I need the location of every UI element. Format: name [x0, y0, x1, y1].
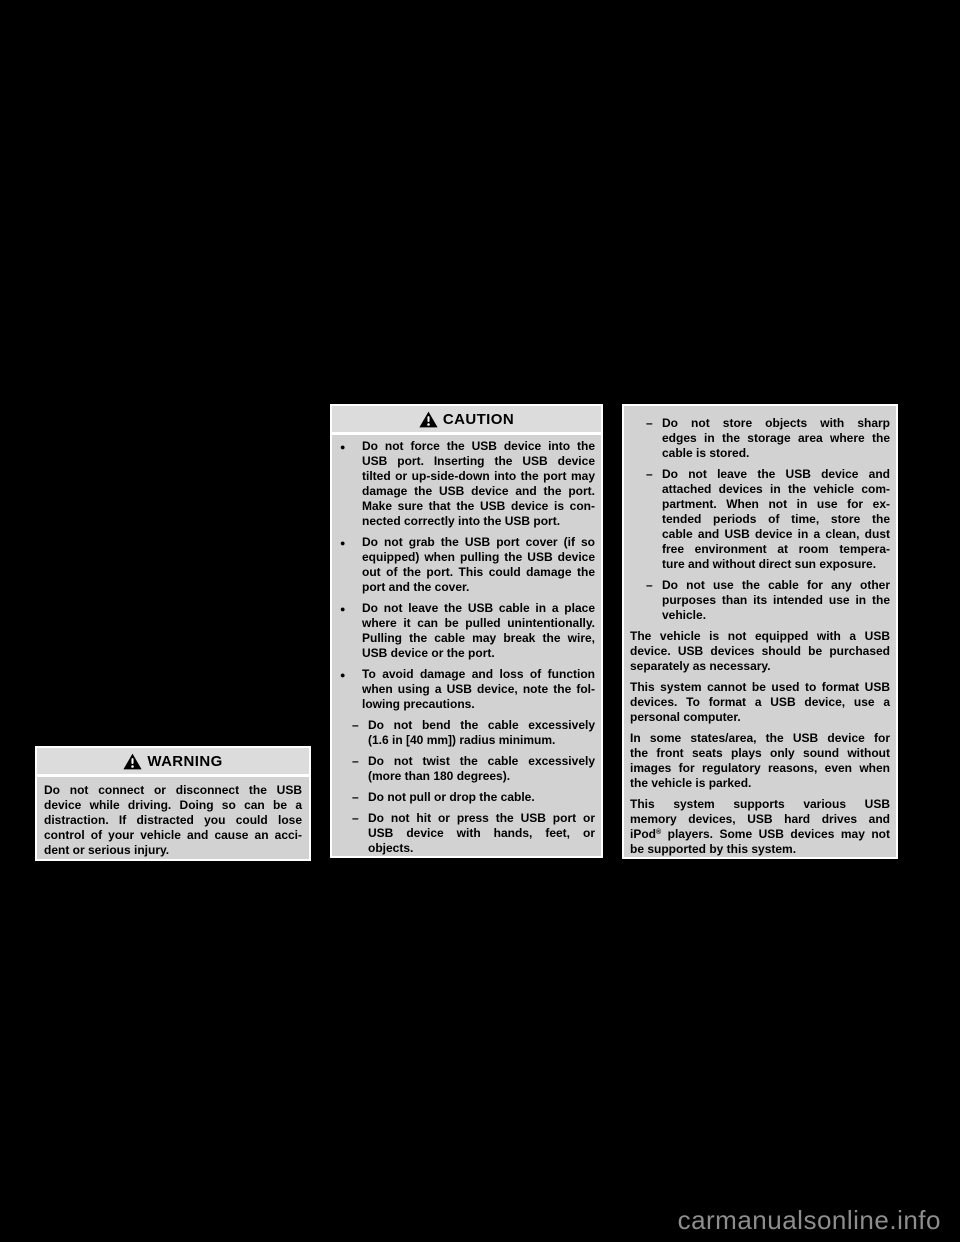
- warning-box: WARNING Do not connect or disconnect the…: [35, 746, 311, 861]
- text-line: Do not store objects with sharp: [662, 416, 890, 431]
- list-item: –Do not pull or drop the cable.: [352, 790, 595, 805]
- text-line: the vehicle is parked.: [630, 776, 890, 791]
- text-line: tended periods of time, store the: [662, 512, 890, 527]
- text-line: Do not grab the USB port cover (if so: [362, 535, 595, 550]
- bullet-marker: ●: [340, 601, 362, 661]
- text-line: out of the port. This could damage the: [362, 565, 595, 580]
- text-line: equipped) when pulling the USB device: [362, 550, 595, 565]
- text-line: devices. To format a USB device, use a: [630, 695, 890, 710]
- text-line: This system supports various USB: [630, 797, 890, 812]
- warning-header: WARNING: [37, 748, 309, 774]
- dash-marker: –: [646, 578, 662, 623]
- text-line: USB device with hands, feet, or: [368, 826, 595, 841]
- text-line: Do not leave the USB device and: [662, 467, 890, 482]
- list-item: ●Do not grab the USB port cover (if soeq…: [340, 535, 595, 595]
- text-line: cable is stored.: [662, 446, 890, 461]
- text-line: Do not force the USB device into the: [362, 439, 595, 454]
- text-line: lowing precautions.: [362, 697, 595, 712]
- item-lines: Do not force the USB device into theUSB …: [362, 439, 595, 529]
- text-line: device. USB devices should be purchased: [630, 644, 890, 659]
- text-line: iPod® players. Some USB devices may not: [630, 827, 890, 842]
- text-line: ture and without direct sun exposure.: [662, 557, 890, 572]
- list-item: This system cannot be used to format USB…: [630, 680, 890, 725]
- item-lines: The vehicle is not equipped with a USBde…: [630, 629, 890, 674]
- caution-title: CAUTION: [443, 411, 514, 428]
- text-line: partment. When not in use for ex-: [662, 497, 890, 512]
- warning-title: WARNING: [147, 753, 222, 770]
- dash-marker: –: [352, 718, 368, 748]
- text-line: be supported by this system.: [630, 842, 890, 857]
- text-line: In some states/area, the USB device for: [630, 731, 890, 746]
- text-line: cable and USB device in a clean, dust: [662, 527, 890, 542]
- caution-triangle-icon: [419, 411, 438, 428]
- text-line: control of your vehicle and cause an acc…: [44, 828, 302, 843]
- bullet-marker: ●: [340, 439, 362, 529]
- text-line: damage the USB device and the port.: [362, 484, 595, 499]
- bullet-marker: ●: [340, 535, 362, 595]
- text-line: Pulling the cable may break the wire,: [362, 631, 595, 646]
- text-line: the front seats plays only sound without: [630, 746, 890, 761]
- text-line: Do not connect or disconnect the USB: [44, 783, 302, 798]
- item-lines: Do not store objects with sharpedges in …: [662, 416, 890, 461]
- item-lines: Do not leave the USB cable in a placewhe…: [362, 601, 595, 661]
- bullet-marker: ●: [340, 667, 362, 712]
- text-line: personal computer.: [630, 710, 890, 725]
- text-line: nected correctly into the USB port.: [362, 514, 595, 529]
- dash-marker: –: [352, 790, 368, 805]
- manual-page: WARNING Do not connect or disconnect the…: [0, 0, 960, 1242]
- text-line: vehicle.: [662, 608, 890, 623]
- warning-body: Do not connect or disconnect the USBdevi…: [37, 777, 309, 859]
- text-line: (1.6 in [40 mm]) radius minimum.: [368, 733, 595, 748]
- list-item: –Do not store objects with sharpedges in…: [646, 416, 890, 461]
- list-item: –Do not bend the cable excessively(1.6 i…: [352, 718, 595, 748]
- list-item: ●To avoid damage and loss of functionwhe…: [340, 667, 595, 712]
- text-line: device while driving. Doing so can be a: [44, 798, 302, 813]
- dash-marker: –: [352, 811, 368, 856]
- text-line: Do not bend the cable excessively: [368, 718, 595, 733]
- dash-marker: –: [646, 467, 662, 572]
- item-lines: Do not pull or drop the cable.: [368, 790, 595, 805]
- text-line: To avoid damage and loss of function: [362, 667, 595, 682]
- text-line: Do not leave the USB cable in a place: [362, 601, 595, 616]
- text-line: Make sure that the USB device is con-: [362, 499, 595, 514]
- text-line: memory devices, USB hard drives and: [630, 812, 890, 827]
- text-line: Do not twist the cable excessively: [368, 754, 595, 769]
- text-line: Do not pull or drop the cable.: [368, 790, 595, 805]
- dash-marker: –: [352, 754, 368, 784]
- item-lines: Do not bend the cable excessively(1.6 in…: [368, 718, 595, 748]
- text-line: where it can be pulled unintentionally.: [362, 616, 595, 631]
- item-lines: In some states/area, the USB device fort…: [630, 731, 890, 791]
- list-item: –Do not leave the USB device andattached…: [646, 467, 890, 572]
- text-line: USB port. Inserting the USB device: [362, 454, 595, 469]
- text-line: edges in the storage area where the: [662, 431, 890, 446]
- list-item: ●Do not force the USB device into theUSB…: [340, 439, 595, 529]
- item-lines: Do not use the cable for any otherpurpos…: [662, 578, 890, 623]
- list-item: –Do not twist the cable excessively(more…: [352, 754, 595, 784]
- notes-body: –Do not store objects with sharpedges in…: [624, 406, 896, 857]
- list-item: In some states/area, the USB device fort…: [630, 731, 890, 791]
- dash-marker: –: [646, 416, 662, 461]
- text-line: free environment at room tempera-: [662, 542, 890, 557]
- list-item: This system supports various USBmemory d…: [630, 797, 890, 857]
- text-line: tilted or up-side-down into the port may: [362, 469, 595, 484]
- text-line: port and the cover.: [362, 580, 595, 595]
- text-line: objects.: [368, 841, 595, 856]
- caution-body: ●Do not force the USB device into theUSB…: [332, 435, 601, 856]
- watermark-text: carmanualsonline.info: [678, 1205, 941, 1236]
- item-lines: To avoid damage and loss of functionwhen…: [362, 667, 595, 712]
- text-line: when using a USB device, note the fol-: [362, 682, 595, 697]
- list-item: –Do not hit or press the USB port orUSB …: [352, 811, 595, 856]
- list-item: –Do not use the cable for any otherpurpo…: [646, 578, 890, 623]
- caution-box: CAUTION ●Do not force the USB device int…: [330, 404, 603, 858]
- text-line: separately as necessary.: [630, 659, 890, 674]
- item-lines: Do not grab the USB port cover (if soequ…: [362, 535, 595, 595]
- item-lines: Do not hit or press the USB port orUSB d…: [368, 811, 595, 856]
- text-line: purposes than its intended use in the: [662, 593, 890, 608]
- caution-header: CAUTION: [332, 406, 601, 432]
- notes-box: –Do not store objects with sharpedges in…: [622, 404, 898, 859]
- warning-triangle-icon: [123, 753, 142, 770]
- item-lines: Do not twist the cable excessively(more …: [368, 754, 595, 784]
- list-item: ●Do not leave the USB cable in a placewh…: [340, 601, 595, 661]
- text-line: USB device or the port.: [362, 646, 595, 661]
- text-line: distraction. If distracted you could los…: [44, 813, 302, 828]
- text-line: Do not hit or press the USB port or: [368, 811, 595, 826]
- item-lines: This system cannot be used to format USB…: [630, 680, 890, 725]
- text-line: (more than 180 degrees).: [368, 769, 595, 784]
- item-lines: This system supports various USBmemory d…: [630, 797, 890, 857]
- text-line: This system cannot be used to format USB: [630, 680, 890, 695]
- text-line: attached devices in the vehicle com-: [662, 482, 890, 497]
- item-lines: Do not leave the USB device andattached …: [662, 467, 890, 572]
- text-line: Do not use the cable for any other: [662, 578, 890, 593]
- text-line: dent or serious injury.: [44, 843, 302, 858]
- text-line: images for regulatory reasons, even when: [630, 761, 890, 776]
- list-item: The vehicle is not equipped with a USBde…: [630, 629, 890, 674]
- text-line: The vehicle is not equipped with a USB: [630, 629, 890, 644]
